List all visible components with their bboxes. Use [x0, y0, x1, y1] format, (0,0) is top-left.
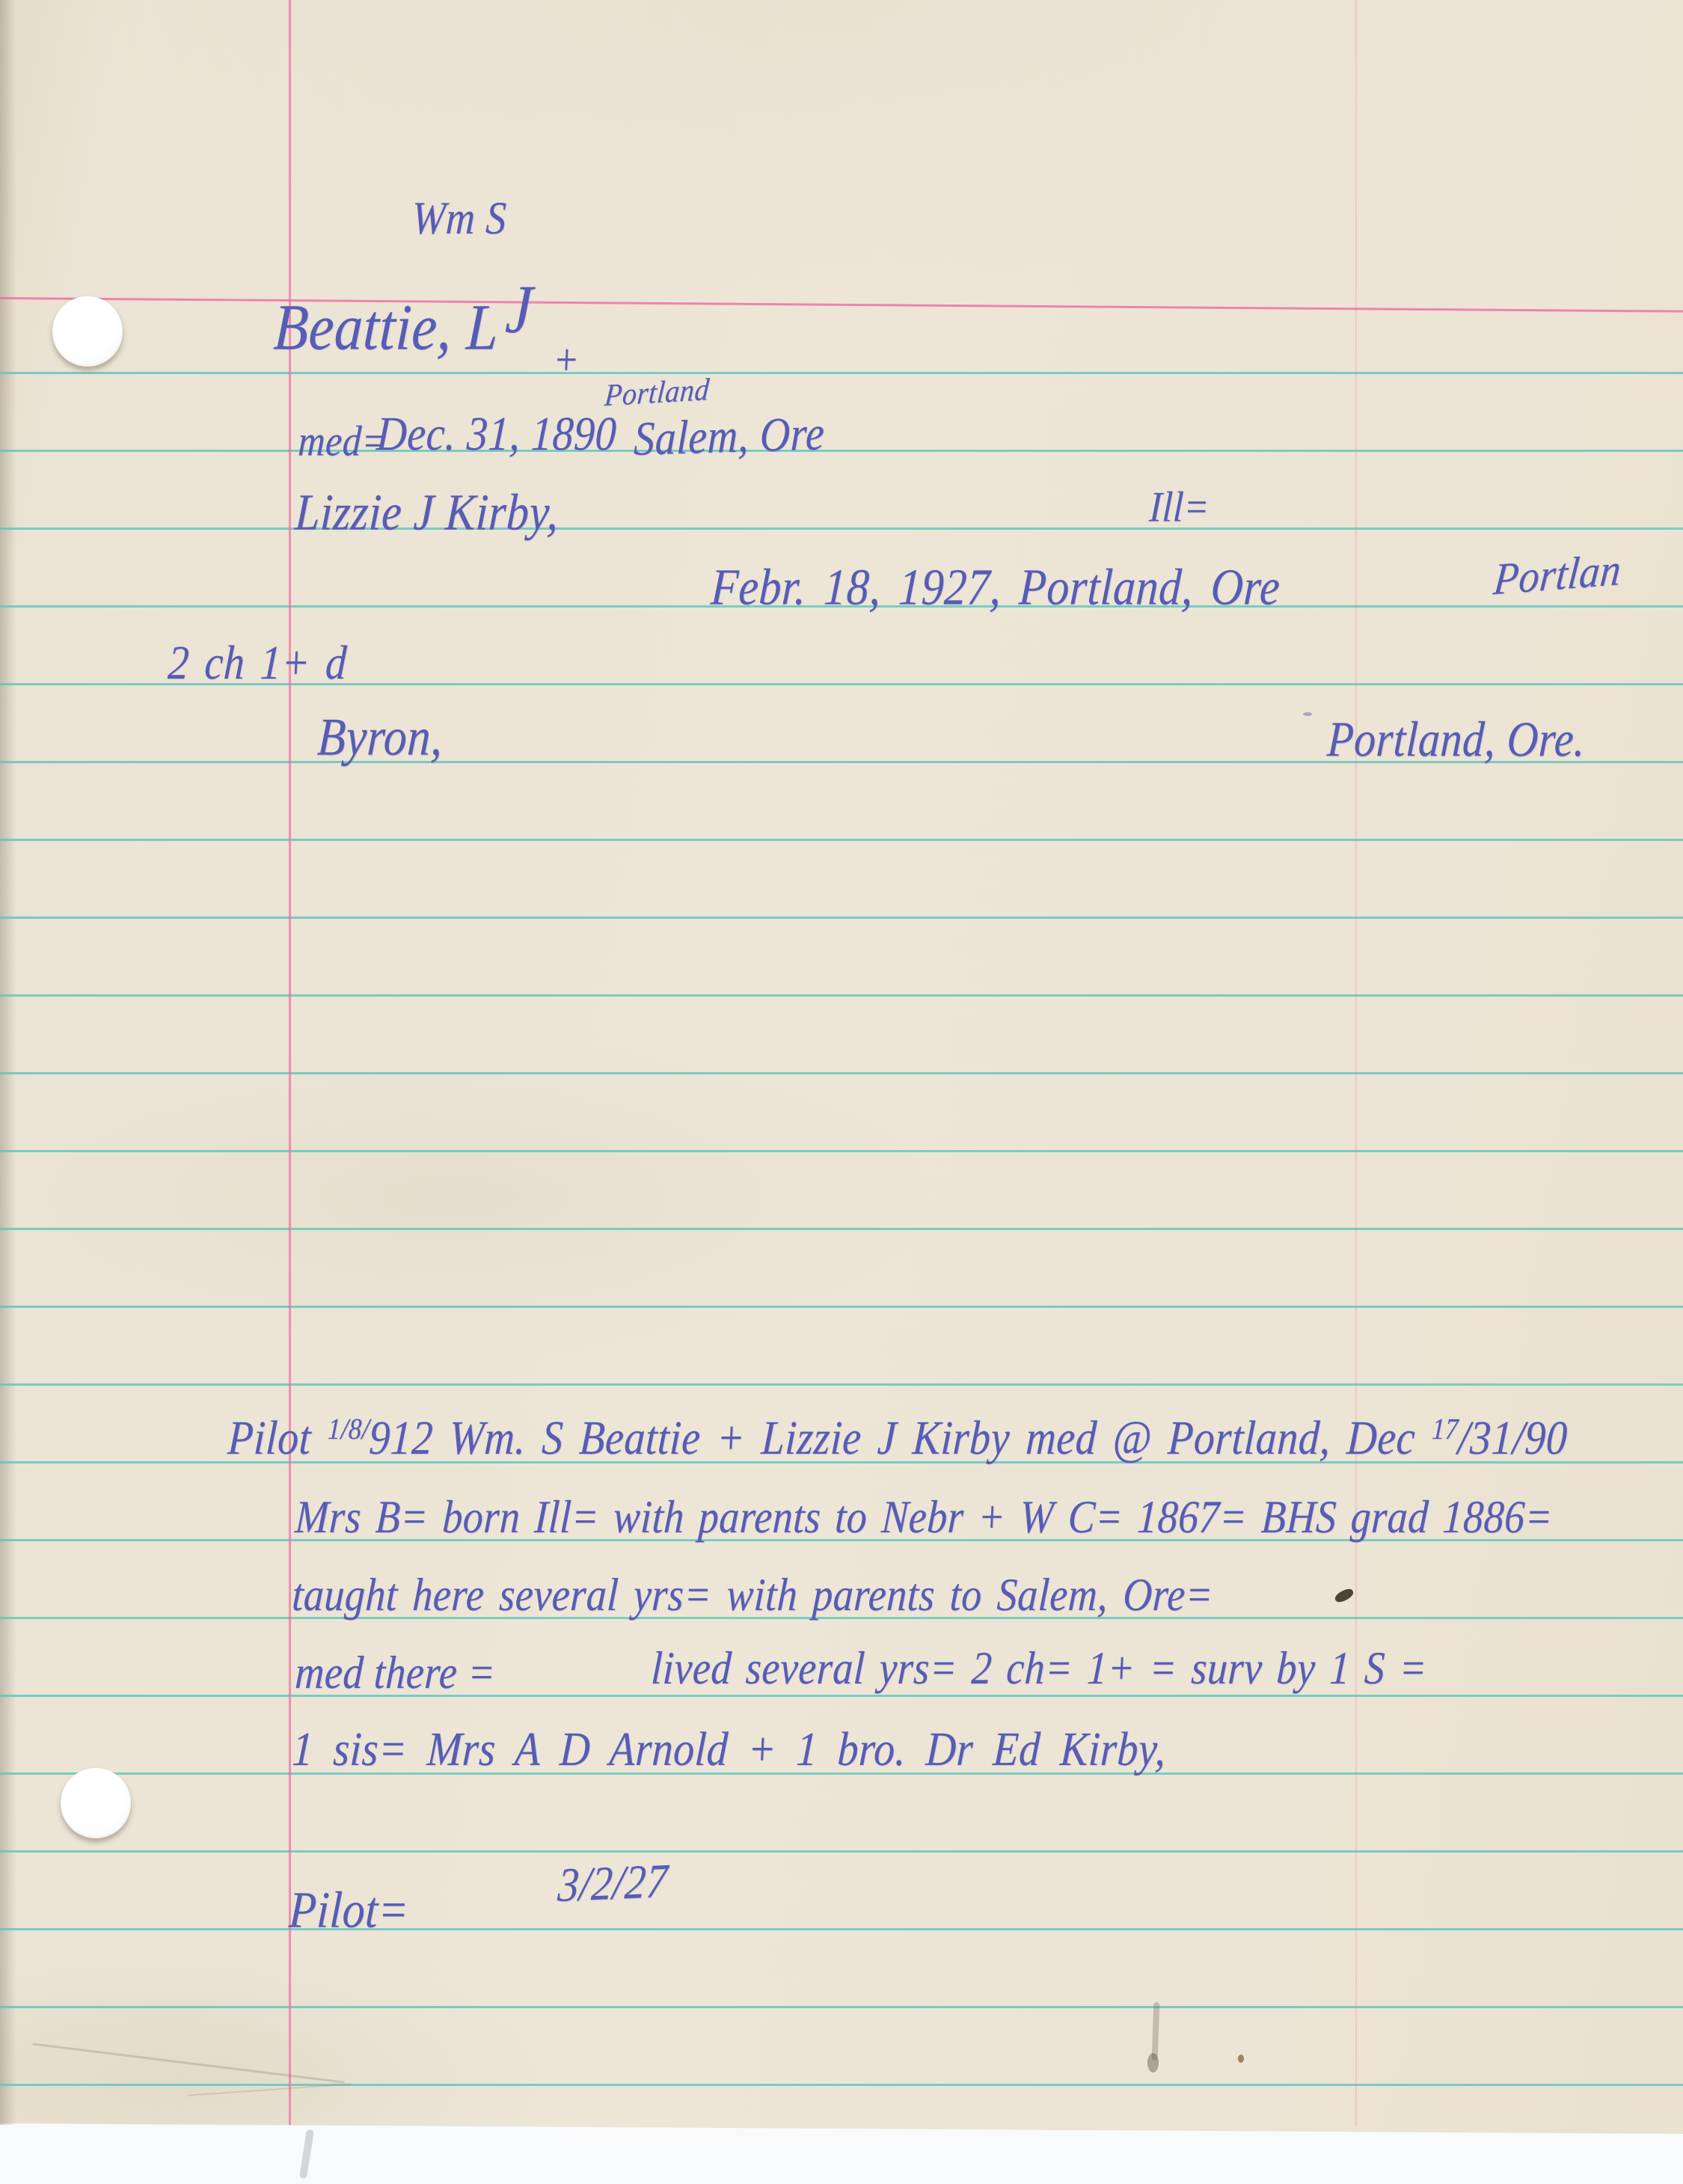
middle-initial: J: [504, 275, 534, 344]
notes-line-1-pre: Pilot: [227, 1412, 328, 1465]
death-place-partial: Portlan: [1492, 547, 1623, 602]
cross-symbol: +: [554, 338, 579, 383]
right-faint-rule: [1355, 0, 1357, 2126]
surname-line: Beattie, L: [272, 295, 500, 360]
given-name-superscript: Wm S: [411, 195, 507, 241]
death-date-line: Febr. 18, 1927, Portland, Ore: [710, 561, 1281, 613]
notes-line-1-superscript-date: 1/8/: [327, 1412, 370, 1446]
scanner-strip-mark: [299, 2129, 314, 2180]
source-date: 3/2/27: [557, 1857, 669, 1909]
smudge-blob: [1147, 2053, 1159, 2073]
marriage-date: Dec. 31, 1890: [375, 410, 618, 458]
children-count-note: 2 ch 1+ d: [167, 639, 348, 687]
scanned-page: Wm S Beattie, L J + med= Dec. 31, 1890 P…: [0, 0, 1683, 2184]
marriage-label: med=: [297, 419, 388, 462]
source-label: Pilot=: [288, 1884, 410, 1936]
spouse-name: Lizzie J Kirby,: [294, 486, 560, 538]
notes-line-1-mid: 912 Wm. S Beattie + Lizzie J Kirby med @…: [368, 1412, 1432, 1465]
punch-hole-top: [52, 296, 123, 367]
marriage-place-correction: Portland: [604, 374, 711, 412]
marriage-place: Salem, Ore: [634, 409, 826, 463]
notes-line-3: taught here several yrs= with parents to…: [291, 1571, 1214, 1618]
notes-line-1-end: /31/90: [1457, 1412, 1569, 1465]
notes-line-4-left: med there =: [294, 1649, 497, 1695]
child-name: Byron,: [316, 711, 444, 764]
stray-ink-dots: [1303, 712, 1312, 716]
notes-line-2: Mrs B= born Ill= with parents to Nebr + …: [294, 1493, 1554, 1540]
punch-hole-bottom: [61, 1768, 131, 1838]
death-state-note: Ill=: [1148, 485, 1210, 528]
notes-line-5: 1 sis= Mrs A D Arnold + 1 bro. Dr Ed Kir…: [291, 1725, 1167, 1773]
paper-speck: [1238, 2055, 1244, 2063]
residence-note: Portland, Ore.: [1326, 715, 1587, 765]
notes-line-1: Pilot 1/8/912 Wm. S Beattie + Lizzie J K…: [227, 1414, 1569, 1462]
notes-line-4-right: lived several yrs= 2 ch= 1+ = surv by 1 …: [650, 1645, 1428, 1691]
notes-line-1-superscript-day: 17: [1431, 1412, 1459, 1446]
